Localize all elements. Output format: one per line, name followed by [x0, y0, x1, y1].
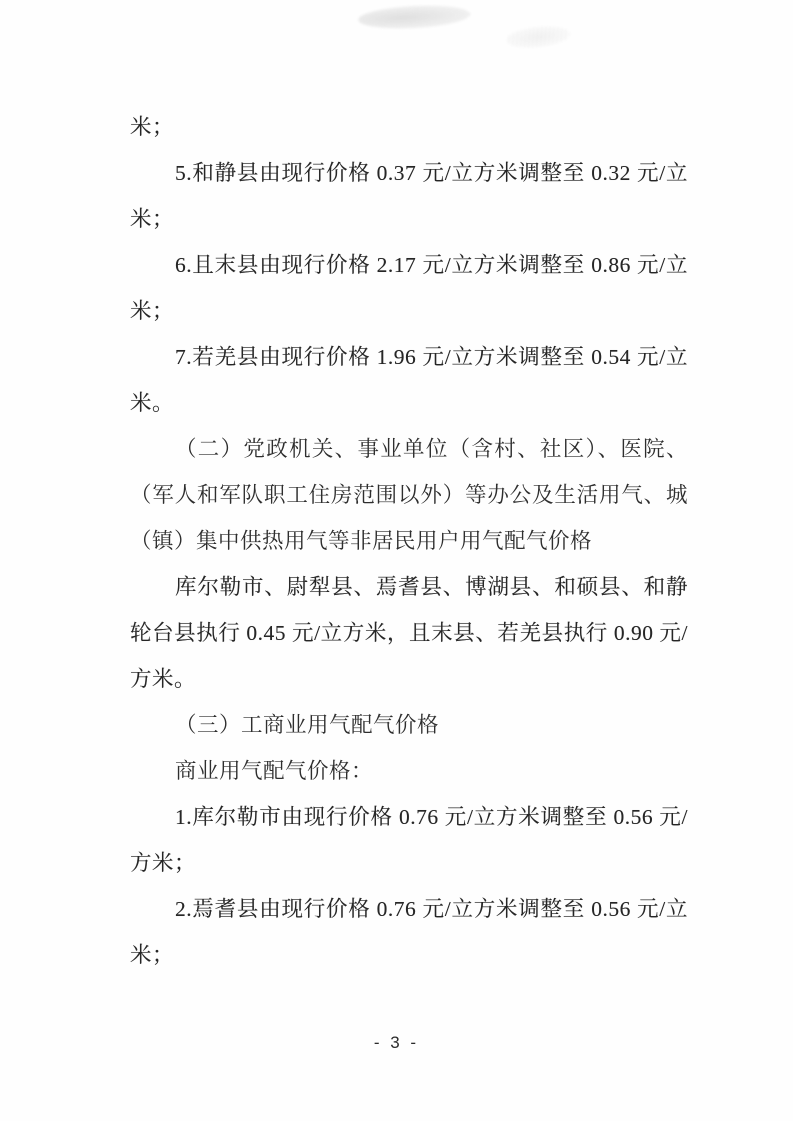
document-line: 6.且末县由现行价格 2.17 元/立方米调整至 0.86 元/立方 [130, 242, 688, 288]
document-line: 米； [130, 932, 688, 978]
document-line: 轮台县执行 0.45 元/立方米，且末县、若羌县执行 0.90 元/立 [130, 610, 688, 656]
document-line: 米； [130, 104, 688, 150]
scanned-document-page: 米；5.和静县由现行价格 0.37 元/立方米调整至 0.32 元/立方米；6.… [0, 0, 793, 1121]
document-line: 2.焉耆县由现行价格 0.76 元/立方米调整至 0.56 元/立方 [130, 886, 688, 932]
document-line: （军人和军队职工住房范围以外）等办公及生活用气、城市 [130, 472, 688, 518]
document-line: 库尔勒市、尉犁县、焉耆县、博湖县、和硕县、和静县、 [130, 564, 688, 610]
scan-smudge-artifact [505, 24, 571, 51]
document-line: （二）党政机关、事业单位（含村、社区）、医院、部队 [130, 426, 688, 472]
page-number: - 3 - [374, 1033, 419, 1052]
document-line: 5.和静县由现行价格 0.37 元/立方米调整至 0.32 元/立方 [130, 150, 688, 196]
document-line: 米； [130, 196, 688, 242]
document-line: 7.若羌县由现行价格 1.96 元/立方米调整至 0.54 元/立方 [130, 334, 688, 380]
document-body: 米；5.和静县由现行价格 0.37 元/立方米调整至 0.32 元/立方米；6.… [130, 104, 688, 978]
document-line: （镇）集中供热用气等非居民用户用气配气价格 [130, 518, 688, 564]
document-line: 方米； [130, 840, 688, 886]
document-line: 米； [130, 288, 688, 334]
scan-smudge-artifact [358, 3, 471, 31]
document-line: 商业用气配气价格： [130, 748, 688, 794]
document-line: 米。 [130, 380, 688, 426]
document-line: 1.库尔勒市由现行价格 0.76 元/立方米调整至 0.56 元/立 [130, 794, 688, 840]
document-line: 方米。 [130, 656, 688, 702]
page-footer: - 3 - [0, 1033, 793, 1053]
document-line: （三）工商业用气配气价格 [130, 702, 688, 748]
